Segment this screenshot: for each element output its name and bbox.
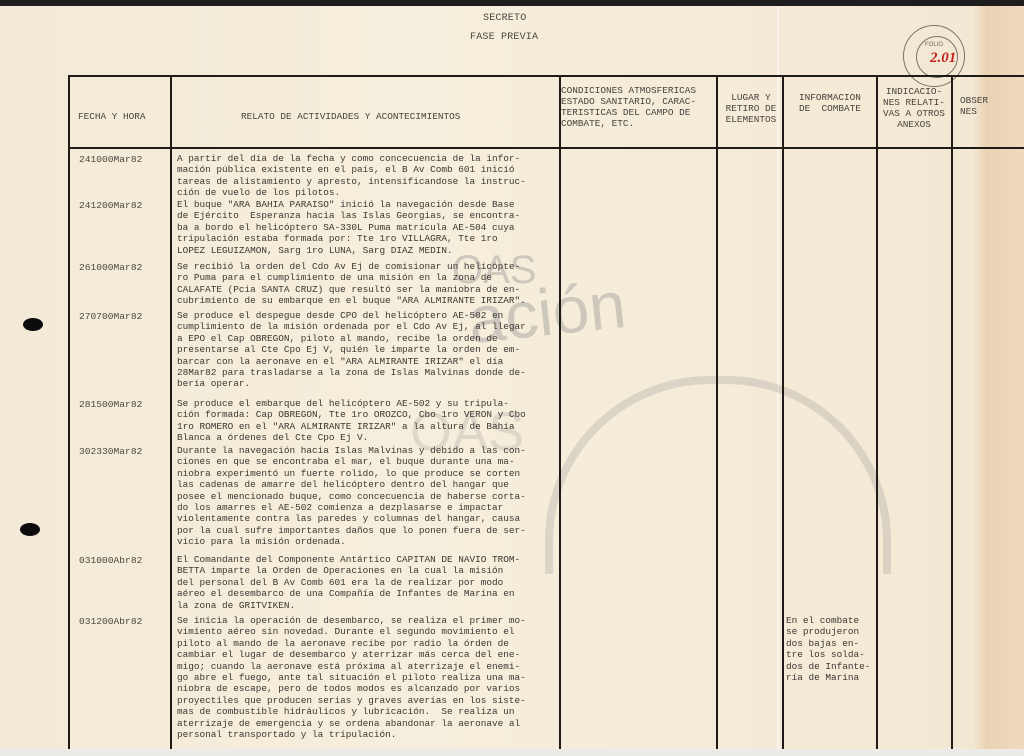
window-bottom-edge: [0, 749, 1024, 756]
row-date: 270700Mar82: [79, 311, 142, 322]
row-text: Se produce el despegue desde CPO del hel…: [177, 310, 561, 390]
row-date: 261000Mar82: [79, 262, 142, 273]
row-text: El buque "ARA BAHIA PARAISO" inició la n…: [177, 199, 561, 256]
log-table: FECHA Y HORA RELATO DE ACTIVIDADES Y ACO…: [0, 6, 1024, 749]
header-fecha-hora: FECHA Y HORA: [78, 111, 146, 122]
row-date: 281500Mar82: [79, 399, 142, 410]
column-divider: [876, 75, 878, 749]
row-text: Se inicia la operación de desembarco, se…: [177, 615, 561, 740]
row-date: 031000Abr82: [79, 555, 142, 566]
column-divider: [951, 75, 953, 749]
row-date: 031200Abr82: [79, 616, 142, 627]
header-bottom-border: [68, 147, 1024, 149]
row-combat-info: En el combate se produjeron dos bajas en…: [786, 615, 870, 683]
row-text: Se produce el embarque del helicóptero A…: [177, 398, 561, 444]
header-condiciones: CONDICIONES ATMOSFERICAS ESTADO SANITARI…: [561, 85, 696, 129]
header-indicaciones: INDICACIO- NES RELATI- VAS A OTROS ANEXO…: [878, 86, 950, 130]
row-text: Se recibió la orden del Cdo Av Ej de com…: [177, 261, 561, 307]
row-date: 241000Mar82: [79, 154, 142, 165]
column-divider: [170, 75, 172, 749]
column-divider: [68, 75, 70, 749]
row-text: El Comandante del Componente Antártico C…: [177, 554, 561, 611]
header-informacion-combate: INFORMACION DE COMBATE: [786, 92, 874, 114]
header-observaciones: OBSER NES: [960, 95, 988, 117]
column-divider: [782, 75, 784, 749]
scanned-document-page: OAS ación OAS SECRETO FASE PREVIA FOLIO …: [0, 6, 1024, 749]
row-date: 241200Mar82: [79, 200, 142, 211]
row-text: Durante la navegación hacia Islas Malvin…: [177, 445, 561, 548]
table-top-border: [68, 75, 1024, 77]
column-divider: [716, 75, 718, 749]
header-lugar-retiro: LUGAR Y RETIRO DE ELEMENTOS: [720, 92, 782, 125]
header-relato: RELATO DE ACTIVIDADES Y ACONTECIMIENTOS: [241, 111, 460, 122]
row-text: A partir del día de la fecha y como conc…: [177, 153, 561, 199]
row-date: 302330Mar82: [79, 446, 142, 457]
